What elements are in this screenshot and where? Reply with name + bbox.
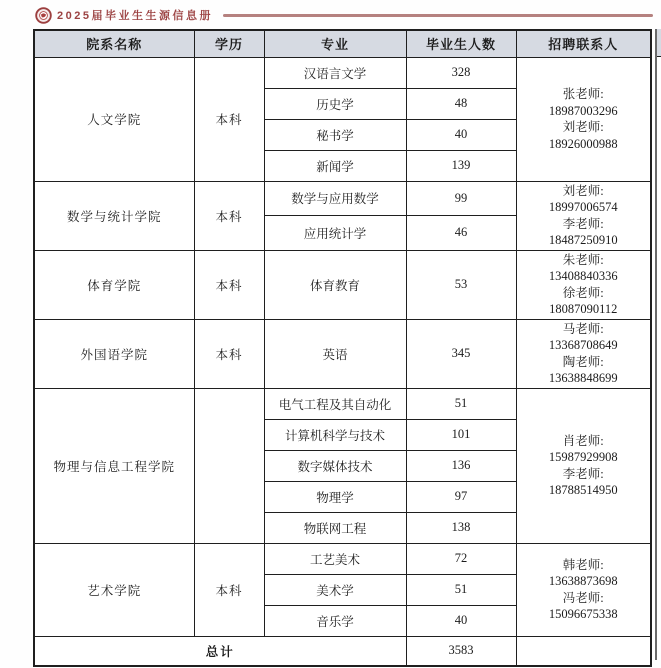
contact-phone-line: 13408840336 xyxy=(519,268,649,285)
table-row: 数学与统计学院 本科 数学与应用数学 99 刘老师: 18997006574 李… xyxy=(34,181,651,216)
title-rule-line xyxy=(223,14,653,17)
contact-cell: 朱老师: 13408840336 徐老师: 18087090112 xyxy=(516,250,651,319)
contact-phone-line: 13638873698 xyxy=(519,573,649,590)
contact-cell: 韩老师: 13638873698 冯老师: 15096675338 xyxy=(516,543,651,636)
col-header-degree: 学历 xyxy=(194,30,264,57)
contact-name-line: 刘老师: xyxy=(519,183,649,200)
contact-name-line: 冯老师: xyxy=(519,590,649,607)
major-cell: 物理学 xyxy=(264,481,406,512)
contact-name-line: 朱老师: xyxy=(519,252,649,269)
contact-name-line: 李老师: xyxy=(519,466,649,483)
contact-phone-line: 13638848699 xyxy=(519,370,649,387)
col-header-count: 毕业生人数 xyxy=(406,30,516,57)
school-seal-icon xyxy=(35,7,52,24)
college-cell: 体育学院 xyxy=(34,250,194,319)
contact-cell: 肖老师: 15987929908 李老师: 18788514950 xyxy=(516,388,651,543)
count-cell: 46 xyxy=(406,216,516,251)
count-cell: 136 xyxy=(406,450,516,481)
count-cell: 53 xyxy=(406,250,516,319)
graduate-roster-table: 院系名称 学历 专业 毕业生人数 招聘联系人 人文学院 本科 汉语言文学 328… xyxy=(33,29,652,667)
major-cell: 音乐学 xyxy=(264,605,406,636)
table-row: 人文学院 本科 汉语言文学 328 张老师: 18987003296 刘老师: … xyxy=(34,57,651,88)
count-cell: 138 xyxy=(406,512,516,543)
table-header-row: 院系名称 学历 专业 毕业生人数 招聘联系人 xyxy=(34,30,651,57)
total-label-cell: 总计 xyxy=(34,636,406,666)
contact-phone-line: 18926000988 xyxy=(519,136,649,153)
count-cell: 328 xyxy=(406,57,516,88)
degree-cell xyxy=(194,388,264,543)
contact-name-line: 马老师: xyxy=(519,321,649,338)
major-cell: 汉语言文学 xyxy=(264,57,406,88)
col-header-major: 专业 xyxy=(264,30,406,57)
contact-phone-line: 18987003296 xyxy=(519,103,649,120)
major-cell: 美术学 xyxy=(264,574,406,605)
count-cell: 72 xyxy=(406,543,516,574)
contact-name-line: 李老师: xyxy=(519,216,649,233)
college-cell: 外国语学院 xyxy=(34,319,194,388)
contact-phone-line: 18788514950 xyxy=(519,482,649,499)
contact-phone-line: 18997006574 xyxy=(519,199,649,216)
major-cell: 物联网工程 xyxy=(264,512,406,543)
contact-name-line: 韩老师: xyxy=(519,557,649,574)
document-page: 2025届毕业生生源信息册 院系名称 学历 专业 毕业生人数 招聘联系人 人文学… xyxy=(0,0,661,668)
adjacent-page-header-edge xyxy=(657,29,661,57)
contact-phone-line: 13368708649 xyxy=(519,337,649,354)
count-cell: 40 xyxy=(406,119,516,150)
contact-name-line: 张老师: xyxy=(519,86,649,103)
major-cell: 数学与应用数学 xyxy=(264,181,406,216)
contact-name-line: 徐老师: xyxy=(519,285,649,302)
college-cell: 数学与统计学院 xyxy=(34,181,194,250)
page-title: 2025届毕业生生源信息册 xyxy=(57,7,213,23)
count-cell: 99 xyxy=(406,181,516,216)
contact-phone-line: 18487250910 xyxy=(519,232,649,249)
table-row: 物理与信息工程学院 电气工程及其自动化 51 肖老师: 15987929908 … xyxy=(34,388,651,419)
major-cell: 新闻学 xyxy=(264,150,406,181)
contact-name-line: 肖老师: xyxy=(519,433,649,450)
count-cell: 40 xyxy=(406,605,516,636)
college-cell: 物理与信息工程学院 xyxy=(34,388,194,543)
degree-cell: 本科 xyxy=(194,543,264,636)
table-row: 体育学院 本科 体育教育 53 朱老师: 13408840336 徐老师: 18… xyxy=(34,250,651,319)
contact-name-line: 刘老师: xyxy=(519,119,649,136)
count-cell: 97 xyxy=(406,481,516,512)
major-cell: 数字媒体技术 xyxy=(264,450,406,481)
count-cell: 345 xyxy=(406,319,516,388)
degree-cell: 本科 xyxy=(194,250,264,319)
college-cell: 人文学院 xyxy=(34,57,194,181)
count-cell: 139 xyxy=(406,150,516,181)
contact-name-line: 陶老师: xyxy=(519,354,649,371)
major-cell: 体育教育 xyxy=(264,250,406,319)
contact-cell: 马老师: 13368708649 陶老师: 13638848699 xyxy=(516,319,651,388)
major-cell: 应用统计学 xyxy=(264,216,406,251)
contact-cell: 刘老师: 18997006574 李老师: 18487250910 xyxy=(516,181,651,250)
contact-cell: 张老师: 18987003296 刘老师: 18926000988 xyxy=(516,57,651,181)
col-header-college: 院系名称 xyxy=(34,30,194,57)
table-row: 外国语学院 本科 英语 345 马老师: 13368708649 陶老师: 13… xyxy=(34,319,651,388)
major-cell: 历史学 xyxy=(264,88,406,119)
degree-cell: 本科 xyxy=(194,57,264,181)
count-cell: 51 xyxy=(406,388,516,419)
contact-phone-line: 15096675338 xyxy=(519,606,649,623)
adjacent-page-edge xyxy=(655,29,661,660)
major-cell: 电气工程及其自动化 xyxy=(264,388,406,419)
total-row: 总计 3583 xyxy=(34,636,651,666)
total-count-cell: 3583 xyxy=(406,636,516,666)
major-cell: 秘书学 xyxy=(264,119,406,150)
title-bar: 2025届毕业生生源信息册 xyxy=(35,5,653,25)
table-row: 艺术学院 本科 工艺美术 72 韩老师: 13638873698 冯老师: 15… xyxy=(34,543,651,574)
total-contact-empty-cell xyxy=(516,636,651,666)
count-cell: 101 xyxy=(406,419,516,450)
major-cell: 工艺美术 xyxy=(264,543,406,574)
major-cell: 计算机科学与技术 xyxy=(264,419,406,450)
contact-phone-line: 18087090112 xyxy=(519,301,649,318)
major-cell: 英语 xyxy=(264,319,406,388)
degree-cell: 本科 xyxy=(194,319,264,388)
college-cell: 艺术学院 xyxy=(34,543,194,636)
count-cell: 51 xyxy=(406,574,516,605)
col-header-contact: 招聘联系人 xyxy=(516,30,651,57)
degree-cell: 本科 xyxy=(194,181,264,250)
count-cell: 48 xyxy=(406,88,516,119)
contact-phone-line: 15987929908 xyxy=(519,449,649,466)
